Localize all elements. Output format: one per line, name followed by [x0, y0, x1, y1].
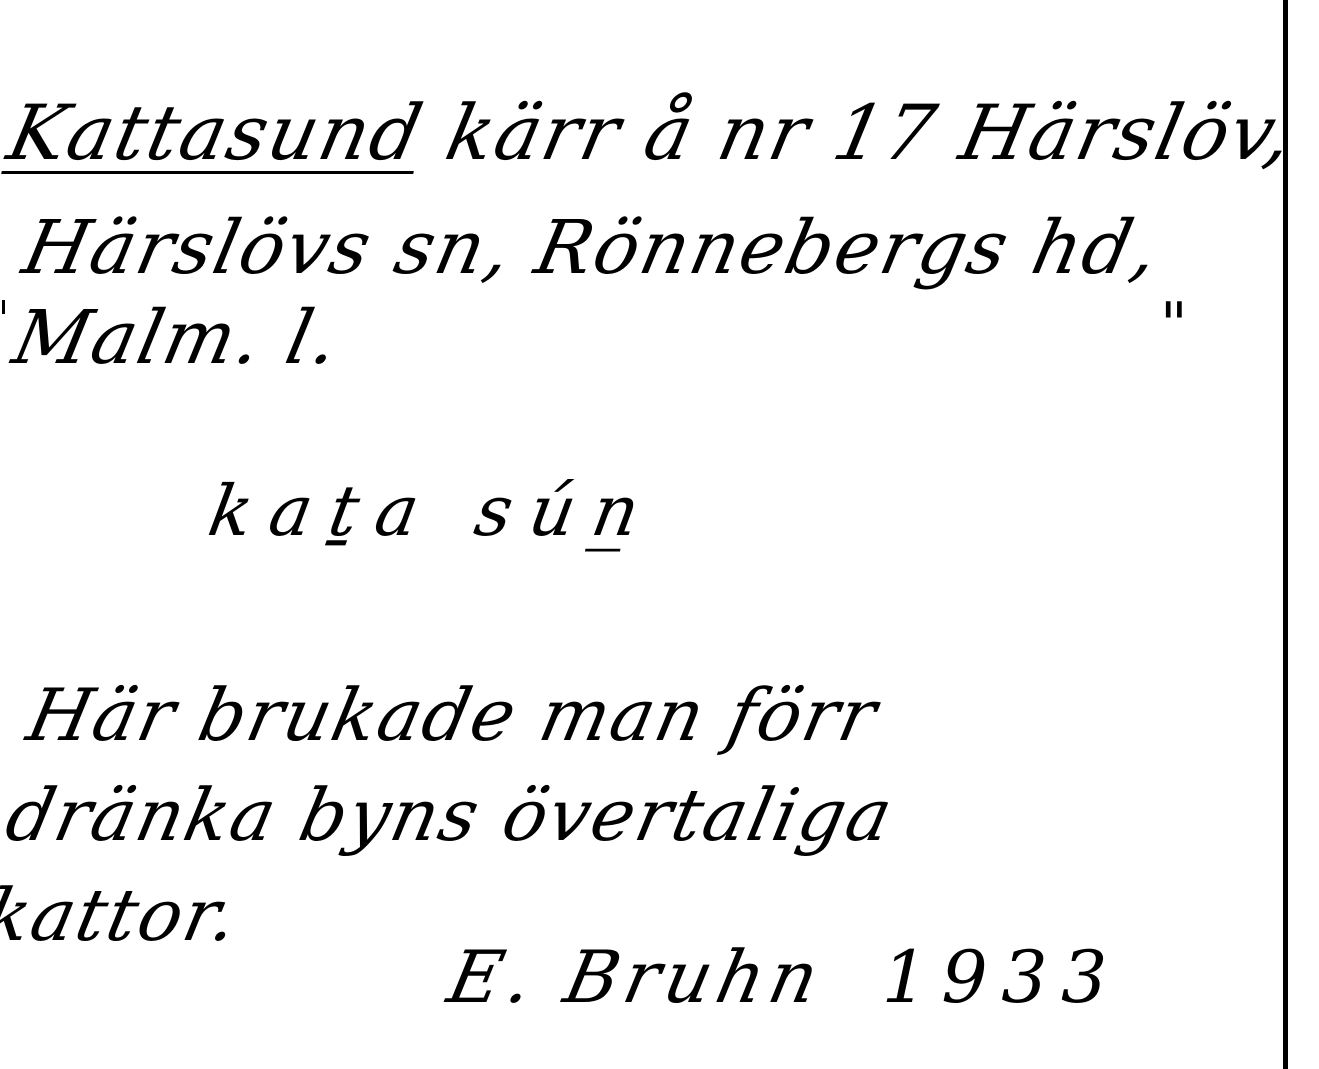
pronunciation: kaṯa sún̲ — [203, 470, 664, 552]
place-name: Kattasund — [1, 88, 432, 177]
signature-name: E. Bruhn — [441, 935, 832, 1019]
signature-year: 1933 — [873, 935, 1130, 1019]
ditto-mark: " — [1160, 290, 1188, 360]
header-line-2: Härslövs sn, Rönnebergs hd, — [16, 205, 1168, 291]
location-detail: kärr å nr 17 Härslöv, — [439, 88, 1303, 177]
scan-speck — [2, 300, 5, 314]
note-line: Här brukade man förr — [19, 665, 924, 765]
note-text: Här brukade man förr dränka byns övertal… — [0, 665, 924, 965]
scan-speck — [40, 815, 43, 818]
header-line-1: Kattasund kärr å nr 17 Härslöv, — [1, 88, 1303, 177]
signature: E. Bruhn 1933 — [441, 935, 1130, 1019]
note-line: dränka byns övertaliga — [0, 765, 903, 865]
archive-card: Kattasund kärr å nr 17 Härslöv, Härslövs… — [0, 0, 1319, 1069]
header-line-3: Malm. l. — [6, 295, 348, 381]
